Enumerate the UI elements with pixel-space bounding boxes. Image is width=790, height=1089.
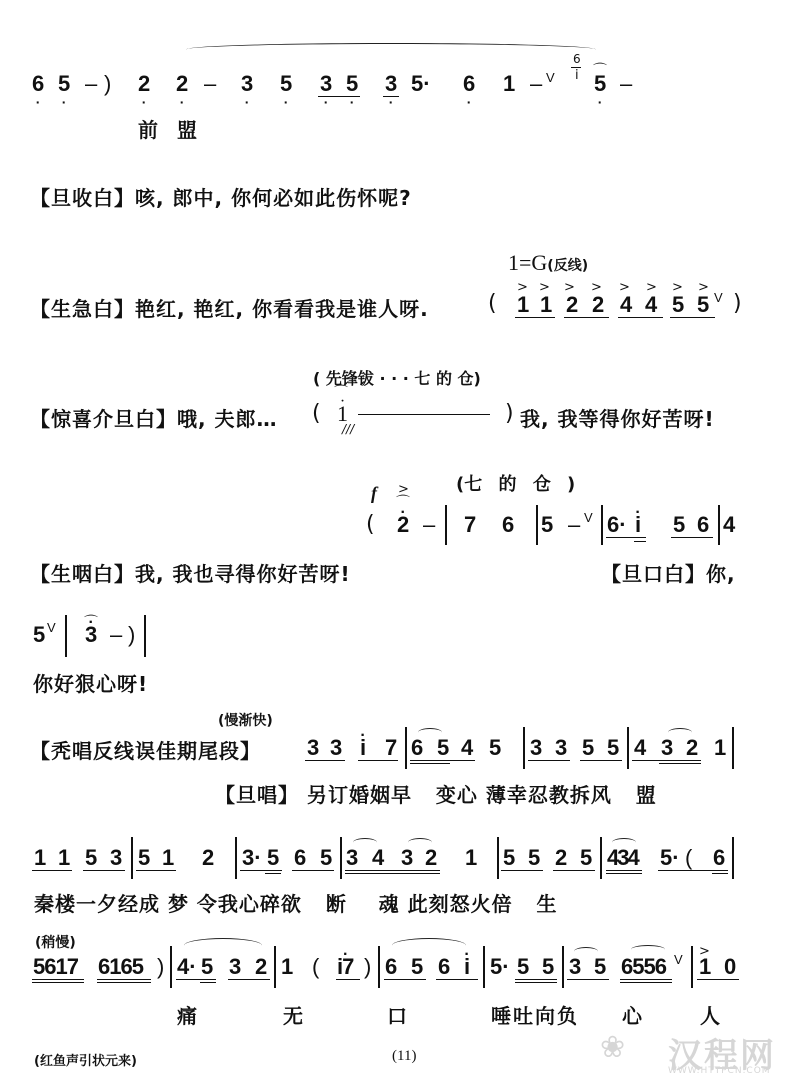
- note: 1: [540, 293, 552, 317]
- note: 5·: [660, 846, 680, 870]
- note: 0: [724, 955, 736, 979]
- lyric: 心: [622, 1000, 642, 1029]
- note: 6556: [621, 955, 666, 979]
- hold-dash: –: [530, 72, 542, 96]
- slur: [184, 938, 262, 953]
- bar-line: [65, 615, 67, 657]
- note: 5: [594, 955, 606, 979]
- hold-dash: –: [110, 623, 122, 647]
- note: 6·: [607, 513, 627, 537]
- role-label: 【生咽白】: [30, 562, 135, 586]
- note: 1: [503, 72, 515, 96]
- note: 7: [385, 736, 397, 760]
- key-label: 1=G: [508, 250, 547, 275]
- note: 6: [697, 513, 709, 537]
- note: 3: [661, 736, 673, 760]
- bar-line: [536, 505, 538, 545]
- note: 6: [411, 736, 423, 760]
- footer-title: (红鱼声引状元来): [34, 1050, 137, 1069]
- note: 5: [672, 293, 684, 317]
- phrase-slur: [186, 43, 596, 56]
- dialogue-text: 咳, 郎中, 你何必如此伤怀呢?: [135, 186, 412, 210]
- note: 5: [267, 846, 279, 870]
- note: 6: [438, 955, 450, 979]
- key-note: (反线): [547, 258, 588, 274]
- note: 6: [713, 846, 725, 870]
- lyric-line: 秦楼一夕经成 梦 令我心碎欲 断 魂 此刻怒火倍 生: [34, 888, 558, 917]
- note: 5: [697, 293, 709, 317]
- note: 4: [723, 513, 735, 537]
- hold-dash: –: [423, 513, 435, 537]
- bar-line: [601, 505, 603, 545]
- note: 2: [592, 293, 604, 317]
- bar-line: [497, 837, 499, 879]
- note: 1: [699, 955, 711, 979]
- bar-line: [445, 505, 447, 545]
- hold-dash: –: [204, 72, 216, 96]
- note: 3: [530, 736, 542, 760]
- paren-open: (: [685, 846, 692, 870]
- dialogue-line: 【生急白】艳红, 艳红, 你看看我是谁人呀.: [30, 293, 429, 322]
- bar-line: [235, 837, 237, 879]
- note: 3: [110, 846, 122, 870]
- note: 5: [528, 846, 540, 870]
- grace-note: 6: [573, 52, 581, 66]
- note: 3: [320, 72, 332, 96]
- hold-dash: –: [85, 72, 97, 96]
- note: 5: [489, 736, 501, 760]
- dialogue-line: 【旦口白】你,: [601, 558, 736, 587]
- note: 3: [401, 846, 413, 870]
- note: 3: [229, 955, 241, 979]
- note: 5: [582, 736, 594, 760]
- note: 5·: [411, 72, 431, 96]
- note: 1: [517, 293, 529, 317]
- lyric: 唾吐向负: [491, 1000, 579, 1029]
- bar-line: [627, 727, 629, 769]
- note: 2: [555, 846, 567, 870]
- note: 5: [346, 72, 358, 96]
- note: 3: [346, 846, 358, 870]
- note: 6: [385, 955, 397, 979]
- note: 5: [673, 513, 685, 537]
- lyric: 盟: [177, 114, 197, 143]
- hold-dash: –: [620, 72, 632, 96]
- hold-dash: –: [568, 513, 580, 537]
- dialogue-text: 艳红, 艳红, 你看看我是谁人呀.: [135, 297, 429, 321]
- note: 3: [555, 736, 567, 760]
- dialogue-text: 我, 我等得你好苦呀!: [520, 403, 715, 432]
- note: 6165: [98, 955, 143, 979]
- note: 5: [517, 955, 529, 979]
- note: 7: [464, 513, 476, 537]
- lyric: 无: [283, 1000, 303, 1029]
- note: 4: [620, 293, 632, 317]
- role-label: 【生急白】: [30, 297, 135, 321]
- note: 2: [686, 736, 698, 760]
- bar-line: [523, 727, 525, 769]
- note: 1: [34, 846, 46, 870]
- note: 2: [425, 846, 437, 870]
- note: 1: [465, 846, 477, 870]
- note: i: [360, 736, 366, 760]
- note: 2: [176, 72, 188, 96]
- page-number: (11): [392, 1048, 416, 1065]
- note: 6: [294, 846, 306, 870]
- note: 2: [138, 72, 150, 96]
- note: 3·: [242, 846, 262, 870]
- paren-open: (: [312, 955, 319, 979]
- note: 4·: [177, 955, 197, 979]
- bar-line: [170, 946, 172, 988]
- paren-open: (: [488, 291, 497, 316]
- note: 434: [607, 846, 638, 870]
- aria-title: 【秃唱反线误佳期尾段】: [30, 735, 261, 764]
- note: 4: [461, 736, 473, 760]
- breath-mark: V: [584, 510, 593, 525]
- note: 1: [281, 955, 293, 979]
- bar-line: [562, 946, 564, 988]
- note: 3: [569, 955, 581, 979]
- dynamic-forte: f: [371, 483, 377, 504]
- note: 6: [463, 72, 475, 96]
- note: i: [635, 513, 641, 537]
- lyric: 人: [700, 1000, 720, 1029]
- note: 5: [411, 955, 423, 979]
- note: 2: [255, 955, 267, 979]
- note: 5617: [33, 955, 78, 979]
- note: 5: [541, 513, 553, 537]
- paren-close: ): [733, 291, 742, 316]
- role-label: 【旦收白】: [30, 186, 135, 210]
- note: 5: [607, 736, 619, 760]
- watermark-url: WWW.HTTPCN.COM: [668, 1066, 771, 1076]
- note: 3: [307, 736, 319, 760]
- note: 5: [320, 846, 332, 870]
- paren-open: (: [366, 512, 375, 537]
- slur: [631, 945, 665, 954]
- bar-line: [732, 727, 734, 769]
- note: 5: [58, 72, 70, 96]
- note: 2: [202, 846, 214, 870]
- note: 4: [634, 736, 646, 760]
- note: 3: [85, 623, 97, 647]
- bar-line: [691, 946, 693, 988]
- bar-line: [144, 615, 146, 657]
- note: 4: [645, 293, 657, 317]
- paren-close: ): [364, 955, 371, 979]
- note: 5·: [490, 955, 510, 979]
- paren: ): [104, 72, 111, 96]
- tempo-marking: (慢渐快): [218, 710, 273, 730]
- role-label: 【旦口白】: [601, 562, 706, 586]
- dialogue-text: 哦, 夫郎…: [177, 407, 278, 431]
- tremolo-mark: ///: [342, 422, 354, 436]
- note: 5: [138, 846, 150, 870]
- tempo-marking: (稍慢): [35, 932, 76, 952]
- lyric: 你好狠心呀!: [33, 668, 148, 697]
- note: 1: [58, 846, 70, 870]
- dialogue-text: 你,: [706, 562, 736, 586]
- bar-line: [405, 727, 407, 769]
- lyric: 前: [138, 114, 158, 143]
- note: 1: [714, 736, 726, 760]
- note: 6: [32, 72, 44, 96]
- note: 5: [201, 955, 213, 979]
- note: i: [464, 955, 470, 979]
- note: 5: [33, 623, 45, 647]
- lyric: 痛: [177, 1000, 197, 1029]
- paren-open: (: [312, 401, 321, 426]
- key-signature: 1=G(反线): [508, 250, 588, 276]
- bar-line: [274, 946, 276, 988]
- bar-line: [483, 946, 485, 988]
- bar-line: [378, 946, 380, 988]
- bar-line: [600, 837, 602, 879]
- bar-line: [131, 837, 133, 879]
- note: 1: [162, 846, 174, 870]
- bar-line: [718, 505, 720, 545]
- note: 3: [385, 72, 397, 96]
- lyric-line: 另订婚姻早 变心 薄幸忍教拆风 盟: [307, 779, 657, 808]
- role-label: 【惊喜介旦白】: [30, 407, 177, 431]
- note: 2: [397, 513, 409, 537]
- paren-close: ): [505, 401, 514, 426]
- bar-line: [340, 837, 342, 879]
- hold-line: [358, 414, 490, 415]
- singer-label: 【旦唱】: [215, 779, 299, 808]
- note: 3: [241, 72, 253, 96]
- breath-mark: V: [47, 620, 56, 635]
- note: 3: [330, 736, 342, 760]
- paren-close: ): [128, 623, 135, 647]
- dialogue-line: 【旦收白】咳, 郎中, 你何必如此伤怀呢?: [30, 182, 412, 211]
- dialogue-text: 我, 我也寻得你好苦呀!: [135, 562, 351, 586]
- note: 4: [372, 846, 384, 870]
- dialogue-line: 【惊喜介旦白】哦, 夫郎…: [30, 403, 278, 432]
- note: 2: [566, 293, 578, 317]
- note: 5: [542, 955, 554, 979]
- note: 5: [280, 72, 292, 96]
- note: 5: [437, 736, 449, 760]
- note: 5: [580, 846, 592, 870]
- bar-line: [732, 837, 734, 879]
- breath-mark: V: [674, 952, 683, 967]
- dialogue-line: 【生咽白】我, 我也寻得你好苦呀!: [30, 558, 351, 587]
- slur: [392, 938, 466, 953]
- paren-close: ): [157, 955, 164, 979]
- note: 6: [502, 513, 514, 537]
- grace-note-small: i: [575, 68, 579, 83]
- breath-mark: V: [546, 70, 555, 85]
- note: 5: [85, 846, 97, 870]
- percussion-cue: (七 的 仓 ): [456, 470, 575, 496]
- lyric: 口: [387, 1000, 407, 1029]
- watermark-logo-icon: ❀: [600, 1030, 625, 1065]
- note: i7: [337, 955, 353, 979]
- note: 5: [594, 72, 606, 96]
- note: 5: [503, 846, 515, 870]
- breath-mark: V: [714, 290, 723, 305]
